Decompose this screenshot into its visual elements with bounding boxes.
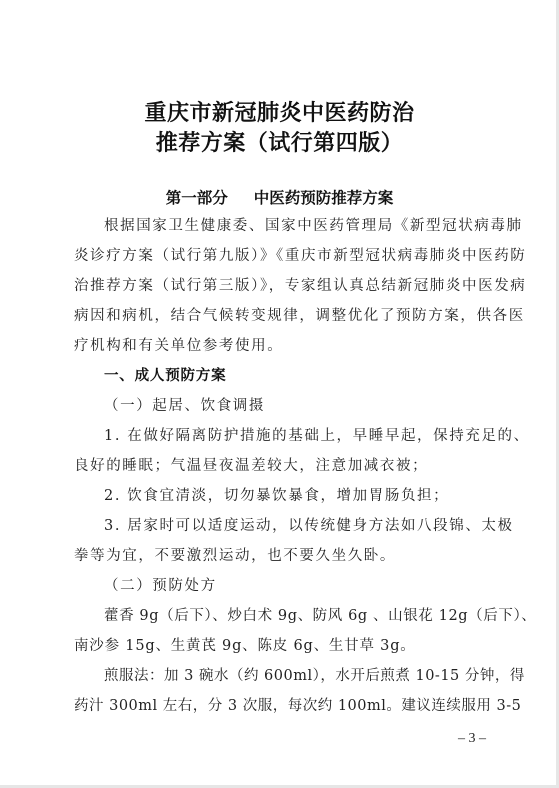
subheading-lifestyle: （一）起居、饮食调摄: [104, 396, 518, 416]
paragraph-line: 病因和病机，结合气候转变规律，调整优化了预防方案，供各医: [74, 306, 488, 326]
document-title-line-1: 重庆市新冠肺炎中医药防治: [0, 96, 559, 127]
section-title: 中医药预防推荐方案: [254, 189, 394, 207]
section-part-label: 第一部分: [166, 189, 228, 207]
section-heading: 第一部分中医药预防推荐方案: [0, 186, 559, 208]
document-page: 重庆市新冠肺炎中医药防治 推荐方案（试行第四版） 第一部分中医药预防推荐方案 根…: [0, 0, 556, 785]
list-item: 1. 在做好隔离防护措施的基础上，早睡早起，保持充足的、: [104, 426, 518, 446]
paragraph-line: 根据国家卫生健康委、国家中医药管理局《新型冠状病毒肺: [104, 216, 518, 236]
paragraph-line: 治推荐方案（试行第三版）》，专家组认真总结新冠肺炎中医发病: [74, 276, 488, 296]
decoction-method-line: 药汁 300ml 左右，分 3 次服，每次约 100ml。建议连续服用 3-5: [74, 696, 488, 716]
page-number: – 3 –: [458, 731, 486, 747]
subheading-prescription: （二）预防处方: [104, 576, 518, 596]
prescription-line: 南沙参 15g、生黄芪 9g、陈皮 6g、生甘草 3g。: [74, 636, 488, 656]
decoction-method-line: 煎服法：加 3 碗水（约 600ml），水开后煎煮 10-15 分钟，得: [104, 666, 518, 686]
list-item-continuation: 拳等为宜，不要激烈运动，也不要久坐久卧。: [74, 546, 488, 566]
prescription-line: 藿香 9g（后下）、炒白术 9g、防风 6g 、山银花 12g（后下）、: [104, 606, 518, 626]
list-item-continuation: 良好的睡眠；气温昼夜温差较大，注意加减衣被；: [74, 456, 488, 476]
list-item: 3. 居家时可以适度运动，以传统健身方法如八段锦、太极: [104, 516, 518, 536]
paragraph-line: 疗机构和有关单位参考使用。: [74, 336, 488, 356]
subheading-adult-prevention: 一、成人预防方案: [104, 366, 518, 386]
list-item: 2. 饮食宜清淡，切勿暴饮暴食，增加胃肠负担；: [104, 486, 518, 506]
paragraph-line: 炎诊疗方案（试行第九版）》《重庆市新型冠状病毒肺炎中医药防: [74, 246, 488, 266]
document-title-line-2: 推荐方案（试行第四版）: [0, 126, 559, 157]
